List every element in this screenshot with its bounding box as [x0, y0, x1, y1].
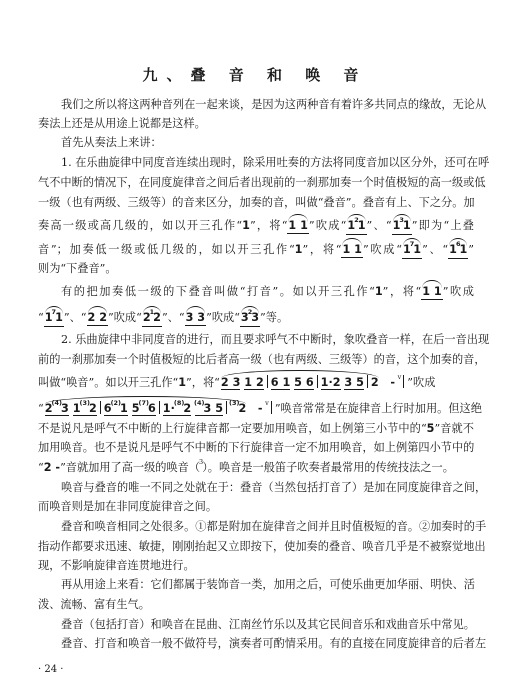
paragraph-line: 一级（也有两级、三级等）的音来区分，加奏的音，叫做“叠音”。叠音有上、下之分。加 [38, 196, 474, 210]
dash: - [390, 376, 395, 390]
bar-line [159, 401, 160, 414]
bar-line [403, 375, 404, 388]
bar-line [367, 375, 368, 388]
text-run: 叫做“唤音”。如以开三孔作“ [38, 376, 178, 389]
beamed-pair: 5(7)6 [132, 402, 156, 416]
note: 1 [288, 219, 296, 232]
slurred-notes: 1 1 [421, 285, 443, 300]
note: 1 [120, 402, 128, 415]
text-run: ”吹成“ [309, 219, 346, 232]
bar-line [100, 401, 101, 414]
grace-note: (2) [111, 399, 121, 407]
beamed-pair: 2 3 [221, 376, 241, 390]
paragraph-line: 叠音和唤音相同之处很多。①都是附加在旋律音之间并且时值极短的音。②加奏时的手 [38, 520, 474, 534]
slurred-notes: 1 1 [341, 243, 363, 258]
note: 6 [306, 376, 314, 389]
paragraph-line: 泼、流畅、富有生气。 [38, 598, 474, 612]
grace-note: 3 [199, 458, 203, 466]
text-run: ”唤音常常是在旋律音上行时加用。但这绝 [275, 402, 482, 415]
paragraph-line-notation: 叫做“唤音”。如以开三孔作“1”，将“2 3 1 26 1 5 61·2 3 5… [38, 375, 474, 391]
note: 1 [434, 285, 442, 298]
dash: - [258, 402, 263, 416]
note: 2 [221, 376, 229, 389]
note: 6 [148, 402, 156, 415]
note: 2 [153, 311, 161, 324]
note: 2 [89, 402, 97, 415]
jianpu-note: 5 [427, 422, 435, 436]
note: 3 [61, 402, 69, 415]
paragraph-line: 叠音（包括打音）和唤音在昆曲、江南丝竹乐以及其它民间音乐和戏曲音乐中常见。 [38, 618, 474, 632]
paragraph-line: 指动作都要求迅速、敏捷，刚刚抬起又立即按下，使加奏的叠音、唤音几乎是不被察觉地出 [38, 540, 474, 554]
note: 1 [282, 376, 290, 389]
grace-note: 2 [354, 216, 359, 224]
text-run: ” [468, 243, 474, 256]
note: 2 [88, 311, 96, 324]
beamed-pair: 1·2 [321, 376, 341, 390]
text-run: ”、“ [367, 219, 392, 232]
text-run: ”，将“ [302, 243, 341, 256]
text-run: ”、“ [64, 311, 87, 324]
slurred-notes: 3 3 [185, 311, 207, 326]
paragraph-line-notation: 音”；加奏低一级或低几级的，如以开三孔作“1”，将“1 1”吹成“171”、“1… [38, 243, 474, 259]
text-run: ”音就加用了高一级的唤音（ [60, 461, 200, 474]
slurred-grace-notes: 171 [402, 243, 422, 259]
beamed-pair: 3 5 [344, 376, 364, 390]
grace-note: 3 [399, 216, 404, 224]
text-run: ”、“ [162, 311, 185, 324]
paragraph-line: 我们之所以将这两种音列在一起来谈，是因为这两种音有着许多共同点的缘故，无论从 [38, 98, 474, 112]
paragraph-line-notation: 有的把加奏低一级的下叠音叫做“打音”。如以开三孔作“1”，将“1 1”吹成 [38, 285, 474, 300]
beamed-pair: (4)3 5 [195, 402, 223, 416]
note: 2 [371, 376, 379, 389]
grace-note: 7 [410, 240, 415, 248]
note: 1 [163, 402, 171, 415]
paragraph-line: 叠音、打音和唤音一般不做符号，演奏者可酌情采用。有的直接在同度旋律音的后者左 [38, 637, 474, 651]
grace-note: (3) [229, 399, 239, 407]
text-run: ”吹成 [407, 376, 435, 389]
bar-line [317, 375, 318, 388]
jianpu-note: 1 [295, 243, 303, 257]
bar-line [267, 375, 268, 388]
page-number: · 24 · [38, 664, 63, 675]
note: 2 [183, 402, 191, 415]
jianpu-note: 2 - [44, 461, 60, 475]
text-run: ）。唤音是一般笛子吹奏者最常用的传统技法之一。 [202, 461, 454, 474]
paragraph-line: 首先从奏法上来讲： [38, 136, 474, 150]
text-run: ”吹成“ [206, 311, 240, 324]
paragraph-line: 唤音与叠音的唯一不同之处就在于：叠音（当然包括打音了）是加在同度旋律音之间， [38, 481, 474, 495]
grace-note: (4) [194, 399, 204, 407]
paragraph-line-notation: 奏高一级或高几级的，如以开三孔作“1”，将“1 1”吹成“121”、“131”即… [38, 219, 474, 235]
grace-note: 1 [150, 308, 155, 316]
grace-note: 7 [52, 308, 57, 316]
note: 3 [186, 311, 194, 324]
text-run: ”等。 [260, 311, 288, 324]
beamed-pair: 1·(8)2 [163, 402, 191, 416]
note: 1 [244, 376, 252, 389]
text-run: ”吹成“ [363, 243, 402, 256]
note: 1 [459, 243, 467, 256]
melody-phrase-ornamented: 2(4)3 1(3)26(2)1 5(7)61·(8)2 (4)3 5(3)2 [44, 401, 248, 417]
paragraph-line: 再从用途上来看：它们都属于装饰音一类，加用之后，可使乐曲更加华丽、明快、活 [38, 578, 474, 592]
note: 1 [422, 285, 430, 298]
paragraph-line-notation: “171”、“2 2”吹成“212”、“3 3”吹成“323”等。 [38, 311, 474, 327]
grace-note: 6 [456, 240, 461, 248]
paragraph-line-notation: “2 -”音就加用了高一级的唤音（3）。唤音是一般笛子吹奏者最常用的传统技法之一… [38, 461, 474, 476]
note: 1 [413, 243, 421, 256]
beamed-pair: 1 2 [244, 376, 264, 390]
bar-line [226, 401, 227, 414]
note: 3 [233, 376, 241, 389]
note: 5 [356, 376, 364, 389]
text-run: 音”；加奏低一级或低几级的，如以开三孔作“ [38, 243, 295, 256]
paragraph-line-notation: “2(4)3 1(3)26(2)1 5(7)61·(8)2 (4)3 5(3)2… [38, 401, 474, 417]
text-run: ”吹成“ [108, 311, 142, 324]
note: 3 [344, 376, 352, 389]
note: 3 [197, 311, 205, 324]
slurred-grace-notes: 171 [44, 311, 64, 327]
jianpu-note: 1 [375, 285, 383, 299]
note: 1 [300, 219, 308, 232]
grace-note: (7) [139, 399, 149, 407]
note: 1 [55, 311, 63, 324]
grace-note: (8) [174, 399, 184, 407]
slurred-grace-notes: 121 [346, 219, 366, 235]
jianpu-note: 1 [242, 219, 250, 233]
text-run: ”，将“ [383, 285, 422, 298]
paragraph-line: 现，不影响旋律音连贯地进行。 [38, 559, 474, 573]
text-run: ”、“ [422, 243, 448, 256]
text-run: ”，将“ [250, 219, 287, 232]
text-run: 不是说凡是呼气不中断的上行旋律音都一定要加用唤音，如上例第三小节中的“ [38, 422, 427, 435]
slurred-notes: 2 2 [87, 311, 109, 326]
section-title: 九、叠 音 和 唤 音 [0, 64, 510, 85]
beamed-pair: 5 6 [294, 376, 314, 390]
slurred-grace-notes: 161 [448, 243, 468, 259]
breath-mark: v [265, 399, 269, 407]
note: 3 [251, 311, 259, 324]
paragraph-line: 前的一刹那加奏一个时值极短的比后者高一级（也有两级、三级等）的音，这个加奏的音， [38, 353, 474, 367]
paragraph-line: 则为“下叠音”。 [38, 262, 474, 276]
paragraph-line: 2. 乐曲旋律中非同度音的进行，而且要求呼气不中断时，象吹叠音一样，在后一音出现 [38, 333, 474, 347]
book-page: 九、叠 音 和 唤 音 我们之所以将这两种音列在一起来谈，是因为这两种音有着许多… [0, 0, 510, 690]
paragraph-line: 而唤音则是加在非同度旋律音之间。 [38, 500, 474, 514]
grace-note: 2 [248, 308, 253, 316]
paragraph-line: 1. 在乐曲旋律中同度音连续出现时，除采用吐奏的方法将同度音加以区分外，还可在呼 [38, 156, 474, 170]
text-run: 奏高一级或高几级的，如以开三孔作“ [38, 219, 242, 232]
note: 2 [238, 402, 246, 415]
grace-note: (3) [80, 399, 90, 407]
breath-mark: v [398, 373, 402, 381]
slurred-grace-notes: 212 [142, 311, 162, 327]
note: 5 [294, 376, 302, 389]
melody-phrase-original: 2 3 1 26 1 5 61·2 3 52 [220, 375, 380, 390]
slurred-grace-notes: 131 [392, 219, 412, 235]
text-run: ”音就不 [434, 422, 474, 435]
text-run: 有的把加奏低一级的下叠音叫做“打音”。如以开三孔作“ [61, 285, 375, 298]
beamed-pair: 2(4)3 [45, 402, 69, 416]
paragraph-line: 奏法上还是从用途上说都是这样。 [38, 117, 474, 131]
note: 5 [215, 402, 223, 415]
beamed-pair: 6(2)1 [104, 402, 128, 416]
note: 1 [354, 243, 362, 256]
text-run: ”即为“上叠 [412, 219, 474, 232]
grace-note: (4) [52, 399, 62, 407]
paragraph-line: 气不中断的情况下，在同度旋律音之间后者出现前的一刹那加奏一个时值极短的高一级或低 [38, 176, 474, 190]
beamed-pair: 6 1 [271, 376, 291, 390]
note: 1 [342, 243, 350, 256]
note: 3 [203, 402, 211, 415]
note: 1 [403, 219, 411, 232]
text-run: ”，将“ [186, 376, 220, 389]
note: 2 [99, 311, 107, 324]
beamed-pair: 1(3)2 [73, 402, 97, 416]
paragraph-line-notation: 不是说凡是呼气不中断的上行旋律音都一定要加用唤音，如上例第三小节中的“5”音就不 [38, 422, 474, 436]
jianpu-note: 1 [178, 376, 186, 390]
note: 6 [271, 376, 279, 389]
note: 2 [256, 376, 264, 389]
slurred-notes: 1 1 [287, 219, 309, 234]
note: 2 [333, 376, 341, 389]
text-run: ”吹成 [443, 285, 474, 298]
bar-line [271, 401, 272, 414]
slurred-grace-notes: 323 [240, 311, 260, 327]
paragraph-line: 加用唤音。也不是说凡是呼气不中断的下行旋律音一定不加用唤音，如上例第四小节中的 [38, 441, 474, 455]
